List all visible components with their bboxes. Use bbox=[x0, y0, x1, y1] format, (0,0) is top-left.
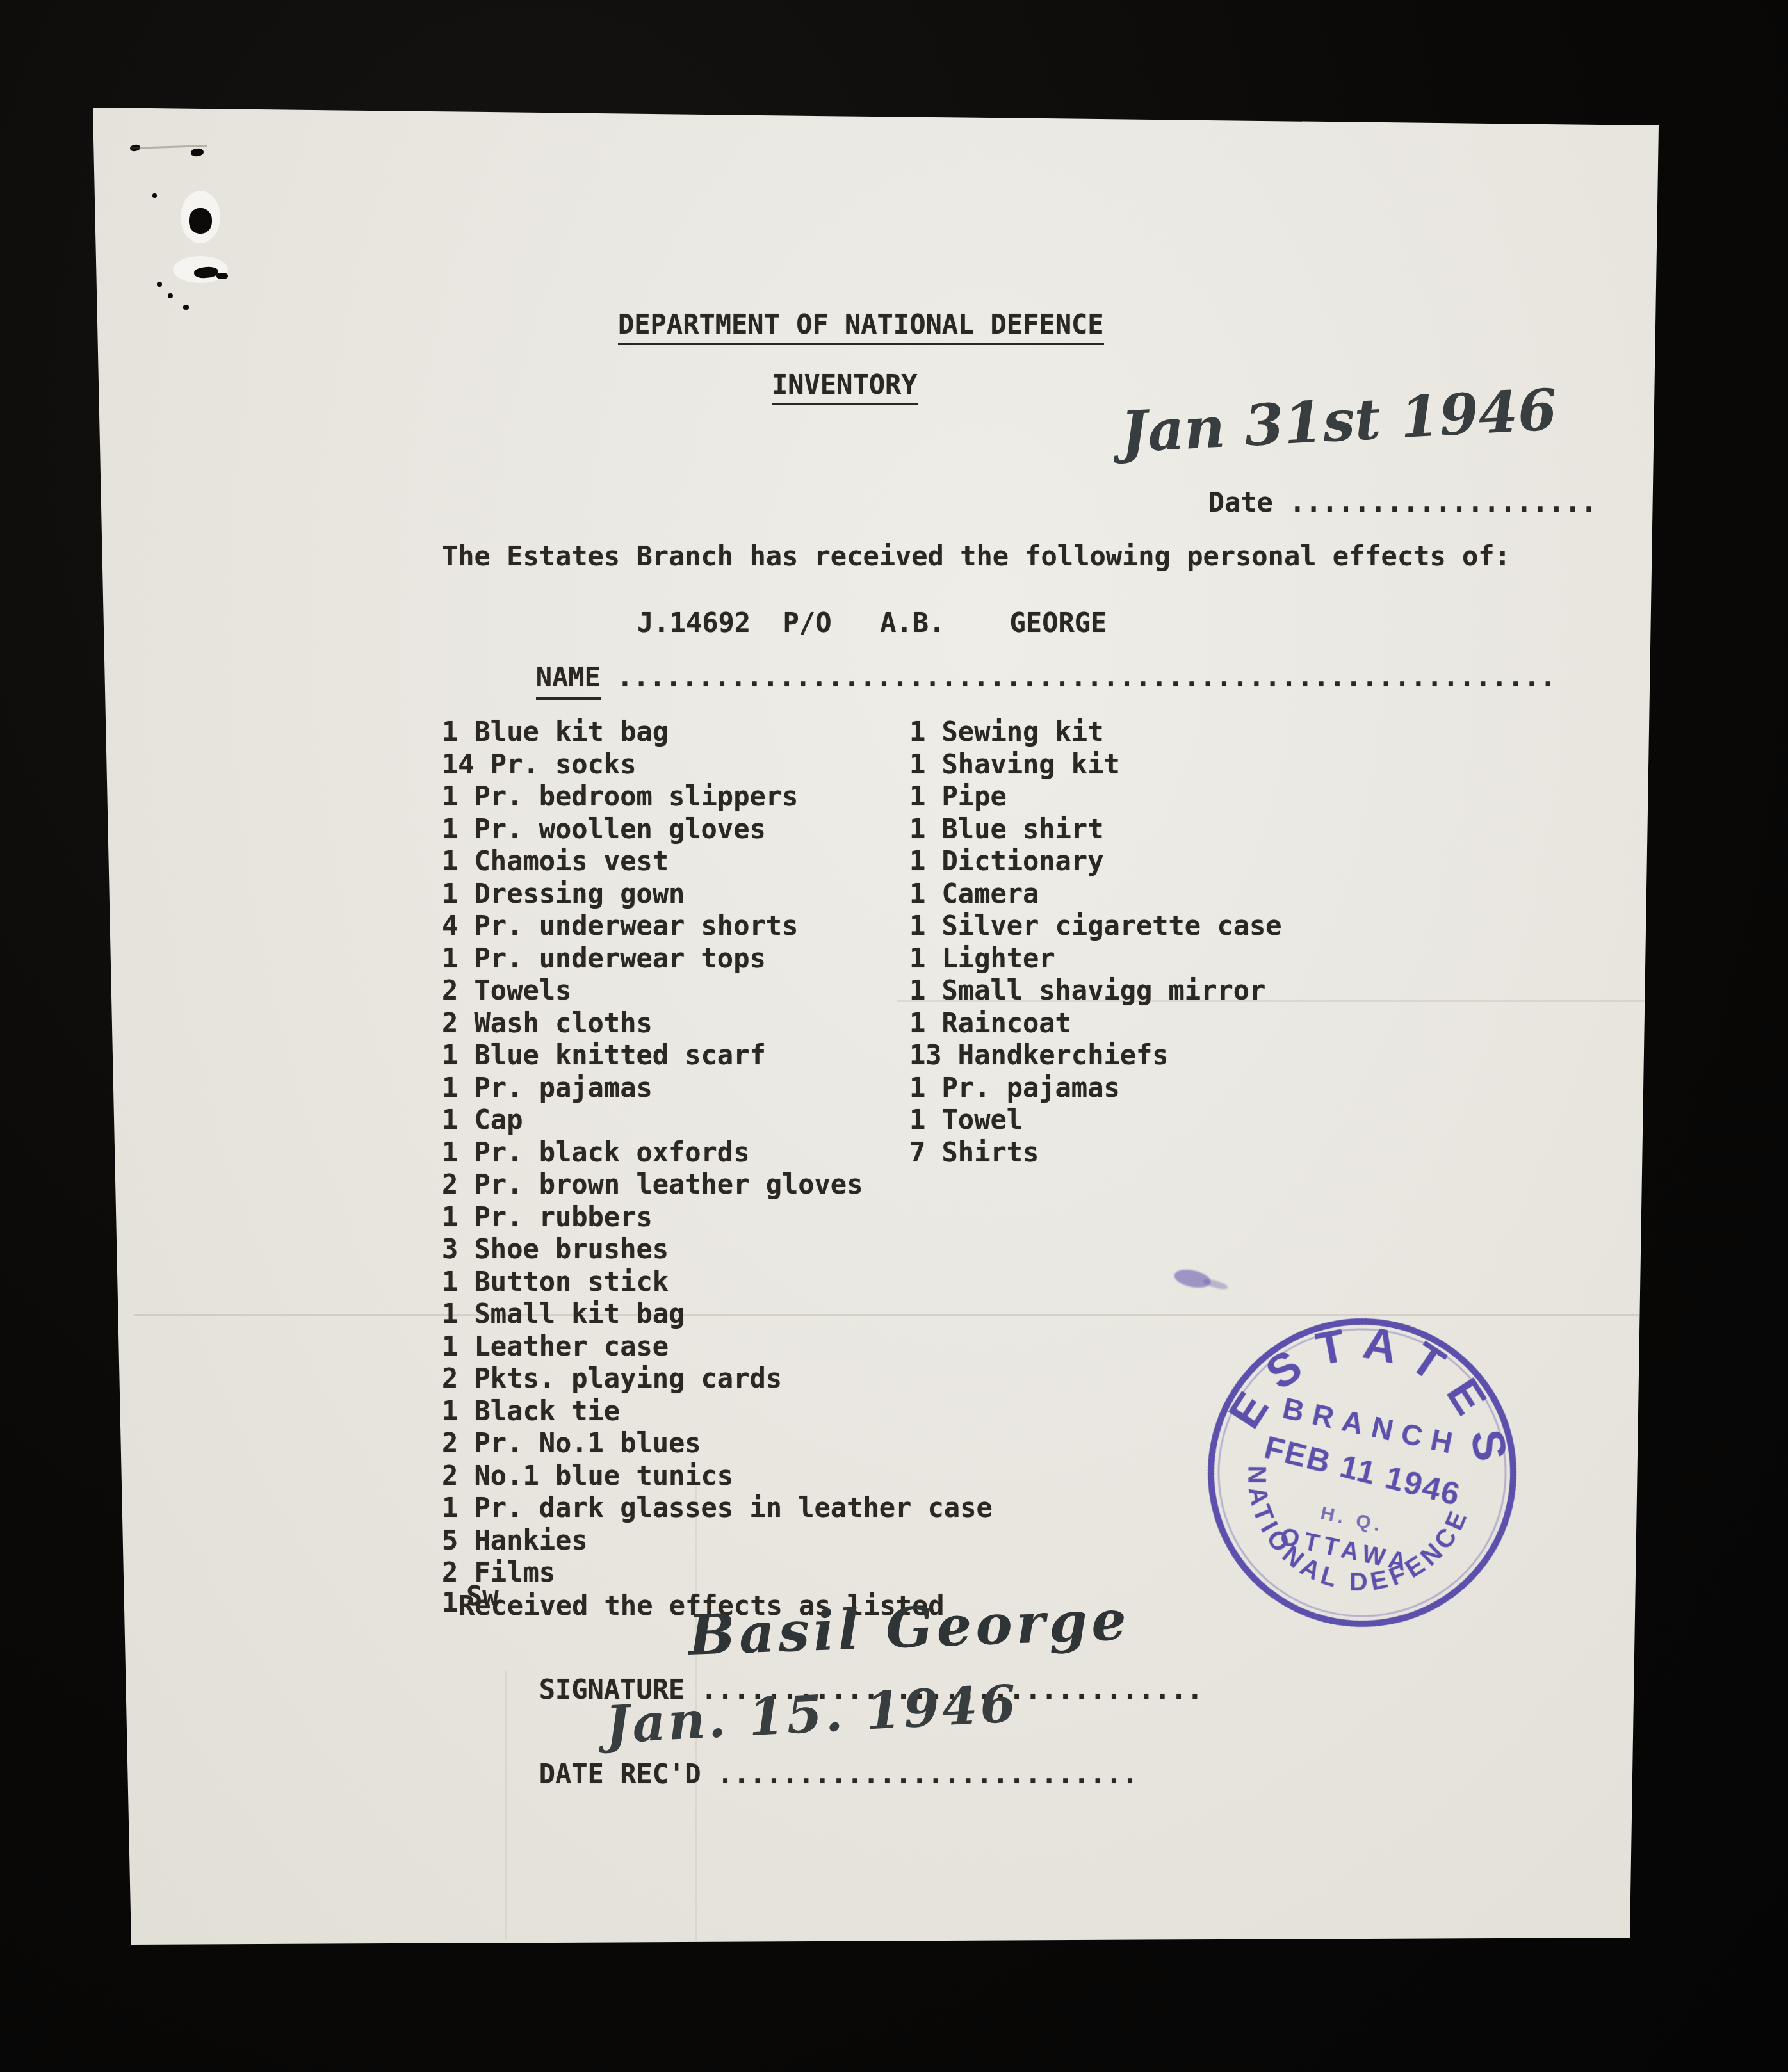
inventory-item: 1 Pr. pajamas bbox=[909, 1072, 1282, 1105]
paper-damage-dot bbox=[152, 193, 157, 198]
inventory-item: 1 Small kit bag bbox=[442, 1298, 993, 1331]
inventory-item: 1 Pipe bbox=[909, 781, 1282, 813]
inventory-item: 1 Small shavigg mirror bbox=[909, 975, 1282, 1007]
inventory-item: 1 Silver cigarette case bbox=[909, 910, 1282, 943]
name-line: NAME ...................................… bbox=[439, 637, 1556, 718]
document-title: DEPARTMENT OF NATIONAL DEFENCE bbox=[618, 311, 1104, 345]
date-received-dotted-line: .......................... bbox=[717, 1758, 1138, 1790]
intro-line: The Estates Branch has received the foll… bbox=[442, 543, 1511, 570]
service-number-name-line: J.14692 P/O A.B. GEORGE bbox=[637, 610, 1107, 636]
inventory-item: 1 Button stick bbox=[442, 1266, 993, 1299]
inventory-item: 1 Camera bbox=[909, 878, 1282, 911]
name-label: NAME bbox=[536, 661, 601, 700]
inventory-item: 13 Handkerchiefs bbox=[909, 1039, 1282, 1072]
inventory-item: 1 Black tie bbox=[442, 1395, 993, 1428]
inventory-item: 2 Pkts. playing cards bbox=[442, 1363, 993, 1395]
paper-damage-mark bbox=[216, 273, 228, 279]
date-dotted-line: ................... bbox=[1289, 487, 1597, 518]
inventory-item: 1 Pr. dark glasses in leather case bbox=[442, 1492, 993, 1525]
date-line: Date ................... bbox=[1111, 462, 1597, 543]
inventory-item: 1 Towel bbox=[909, 1104, 1282, 1137]
inventory-item: 1 Pr. rubbers bbox=[442, 1201, 993, 1234]
inventory-item: 1 Lighter bbox=[909, 943, 1282, 975]
paper-sheet: DEPARTMENT OF NATIONAL DEFENCE INVENTORY… bbox=[0, 0, 1788, 2072]
date-received-label: DATE REC'D bbox=[539, 1758, 701, 1790]
paper-damage-dot bbox=[157, 282, 162, 287]
inventory-items-right-column: 1 Sewing kit1 Shaving kit1 Pipe1 Blue sh… bbox=[909, 716, 1282, 1169]
inventory-item: 1 Sewing kit bbox=[909, 716, 1282, 749]
stamp-hq-text: H. Q. bbox=[1319, 1502, 1386, 1536]
name-dotted-line: ........................................… bbox=[617, 661, 1556, 693]
paper-damage-scratch bbox=[129, 144, 140, 152]
paper-damage-scratch bbox=[190, 148, 204, 157]
inventory-item: 7 Shirts bbox=[909, 1137, 1282, 1169]
inventory-item: 2 Pr. brown leather gloves bbox=[442, 1169, 993, 1201]
inventory-item: 2 No.1 blue tunics bbox=[442, 1460, 993, 1493]
date-value-handwritten: Jan 31st 1946 bbox=[1119, 376, 1559, 465]
overtyped-quantity: 1 bbox=[442, 1589, 458, 1616]
document-subtitle: INVENTORY bbox=[772, 371, 918, 405]
inventory-item: 1 Blue shirt bbox=[909, 813, 1282, 846]
inventory-item: 1 Leather case bbox=[442, 1331, 993, 1363]
inventory-item: 1 Raincoat bbox=[909, 1007, 1282, 1040]
paper-damage-dot bbox=[183, 305, 189, 310]
inventory-item: 3 Shoe brushes bbox=[442, 1233, 993, 1266]
paper-damage-dot bbox=[168, 293, 173, 298]
inventory-item: 2 Pr. No.1 blues bbox=[442, 1427, 993, 1460]
scanned-document-photo: DEPARTMENT OF NATIONAL DEFENCE INVENTORY… bbox=[0, 0, 1788, 2072]
inventory-item: 5 Hankies bbox=[442, 1525, 993, 1557]
date-received-line: DATE REC'D .......................... bbox=[442, 1734, 1138, 1815]
inventory-item: 1 Dictionary bbox=[909, 845, 1282, 878]
overtyped-item-fragment: Sw bbox=[466, 1583, 499, 1610]
inventory-item: 2 Films bbox=[442, 1557, 993, 1589]
estates-branch-rubber-stamp: ESTATES BRANCH FEB 11 1946 H. Q. OTTAWA … bbox=[1150, 1260, 1575, 1685]
date-label: Date bbox=[1208, 487, 1273, 518]
inventory-item: 1 Shaving kit bbox=[909, 749, 1282, 781]
paper-hole bbox=[189, 208, 212, 234]
